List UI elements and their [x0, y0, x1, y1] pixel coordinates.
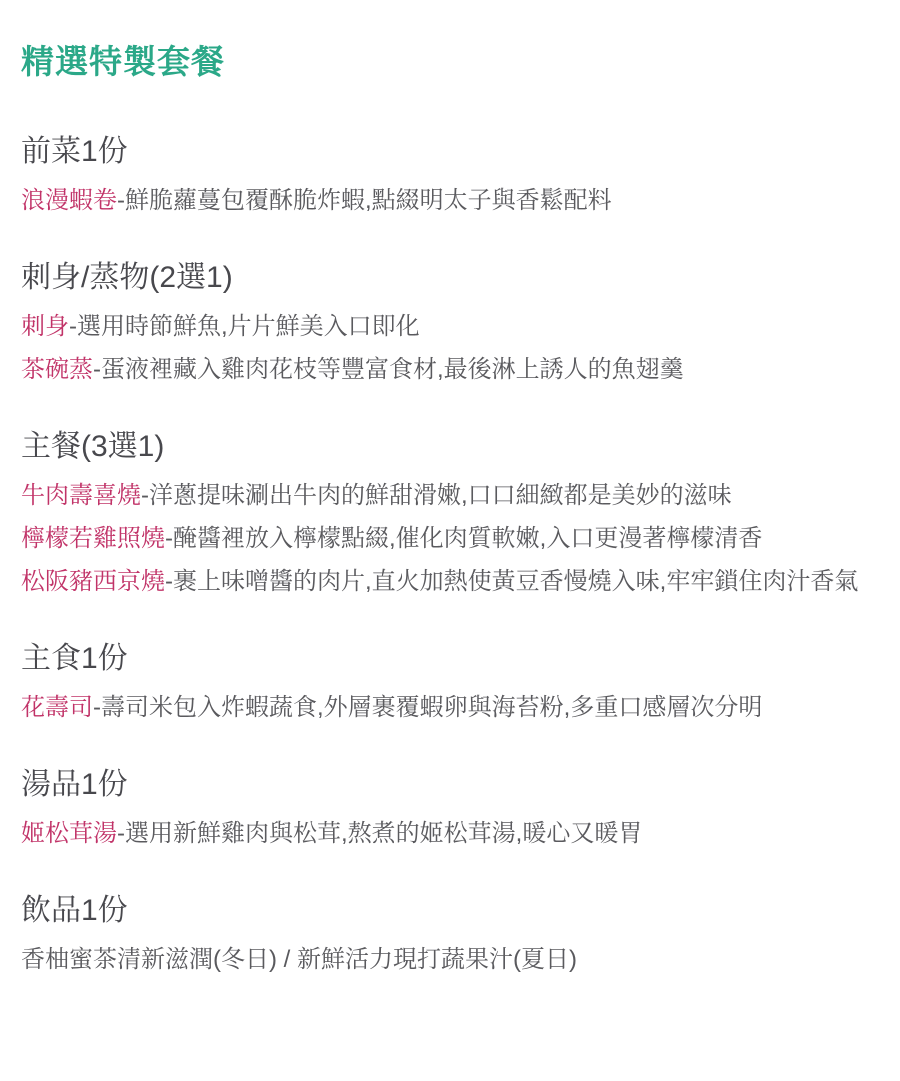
dish-description: -壽司米包入炸蝦蔬食,外層裹覆蝦卵與海苔粉,多重口感層次分明 — [93, 694, 762, 721]
page-title: 精選特製套餐 — [21, 40, 880, 83]
section-items: 花壽司-壽司米包入炸蝦蔬食,外層裹覆蝦卵與海苔粉,多重口感層次分明 — [21, 686, 880, 729]
section-heading: 前菜1份 — [21, 132, 880, 172]
menu-section: 主食1份 花壽司-壽司米包入炸蝦蔬食,外層裹覆蝦卵與海苔粉,多重口感層次分明 — [21, 639, 880, 729]
dish-description: -蛋液裡藏入雞肉花枝等豐富食材,最後淋上誘人的魚翅羹 — [93, 356, 684, 383]
dish-name: 浪漫蝦卷 — [21, 187, 117, 214]
menu-section: 湯品1份 姬松茸湯-選用新鮮雞肉與松茸,熬煮的姬松茸湯,暖心又暖胃 — [21, 765, 880, 855]
menu-item: 浪漫蝦卷-鮮脆蘿蔓包覆酥脆炸蝦,點綴明太子與香鬆配料 — [21, 179, 880, 222]
dish-name: 花壽司 — [21, 694, 93, 721]
dish-description: -裹上味噌醬的肉片,直火加熱使黃豆香慢燒入味,牢牢鎖住肉汁香氣 — [165, 568, 858, 595]
dish-name: 茶碗蒸 — [21, 356, 93, 383]
menu-item: 松阪豬西京燒-裹上味噌醬的肉片,直火加熱使黃豆香慢燒入味,牢牢鎖住肉汁香氣 — [21, 560, 880, 603]
menu-item: 香柚蜜茶清新滋潤(冬日) / 新鮮活力現打蔬果汁(夏日) — [21, 938, 880, 981]
section-heading: 主餐(3選1) — [21, 427, 880, 467]
dish-description: -醃醬裡放入檸檬點綴,催化肉質軟嫩,入口更漫著檸檬清香 — [165, 525, 762, 552]
section-items: 姬松茸湯-選用新鮮雞肉與松茸,熬煮的姬松茸湯,暖心又暖胃 — [21, 812, 880, 855]
menu-item: 花壽司-壽司米包入炸蝦蔬食,外層裹覆蝦卵與海苔粉,多重口感層次分明 — [21, 686, 880, 729]
menu-item: 檸檬若雞照燒-醃醬裡放入檸檬點綴,催化肉質軟嫩,入口更漫著檸檬清香 — [21, 517, 880, 560]
section-heading: 主食1份 — [21, 639, 880, 679]
section-heading: 飲品1份 — [21, 891, 880, 931]
dish-description: -選用新鮮雞肉與松茸,熬煮的姬松茸湯,暖心又暖胃 — [117, 820, 642, 847]
dish-description: -洋蔥提味涮出牛肉的鮮甜滑嫩,口口細緻都是美妙的滋味 — [141, 482, 732, 509]
menu-item: 牛肉壽喜燒-洋蔥提味涮出牛肉的鮮甜滑嫩,口口細緻都是美妙的滋味 — [21, 474, 880, 517]
dish-name: 刺身 — [21, 313, 69, 340]
menu-item: 刺身-選用時節鮮魚,片片鮮美入口即化 — [21, 305, 880, 348]
dish-description: -鮮脆蘿蔓包覆酥脆炸蝦,點綴明太子與香鬆配料 — [117, 187, 612, 214]
menu-item: 茶碗蒸-蛋液裡藏入雞肉花枝等豐富食材,最後淋上誘人的魚翅羹 — [21, 348, 880, 391]
menu-sections: 前菜1份 浪漫蝦卷-鮮脆蘿蔓包覆酥脆炸蝦,點綴明太子與香鬆配料 刺身/蒸物(2選… — [21, 132, 880, 981]
section-items: 香柚蜜茶清新滋潤(冬日) / 新鮮活力現打蔬果汁(夏日) — [21, 938, 880, 981]
menu-page: 精選特製套餐 前菜1份 浪漫蝦卷-鮮脆蘿蔓包覆酥脆炸蝦,點綴明太子與香鬆配料 刺… — [0, 0, 900, 1081]
dish-name: 檸檬若雞照燒 — [21, 525, 165, 552]
menu-item: 姬松茸湯-選用新鮮雞肉與松茸,熬煮的姬松茸湯,暖心又暖胃 — [21, 812, 880, 855]
section-heading: 刺身/蒸物(2選1) — [21, 258, 880, 298]
section-heading: 湯品1份 — [21, 765, 880, 805]
dish-name: 姬松茸湯 — [21, 820, 117, 847]
dish-description: 香柚蜜茶清新滋潤(冬日) / 新鮮活力現打蔬果汁(夏日) — [21, 946, 577, 973]
dish-name: 松阪豬西京燒 — [21, 568, 165, 595]
dish-description: -選用時節鮮魚,片片鮮美入口即化 — [69, 313, 420, 340]
section-items: 牛肉壽喜燒-洋蔥提味涮出牛肉的鮮甜滑嫩,口口細緻都是美妙的滋味 檸檬若雞照燒-醃… — [21, 474, 880, 603]
section-items: 浪漫蝦卷-鮮脆蘿蔓包覆酥脆炸蝦,點綴明太子與香鬆配料 — [21, 179, 880, 222]
menu-section: 飲品1份 香柚蜜茶清新滋潤(冬日) / 新鮮活力現打蔬果汁(夏日) — [21, 891, 880, 981]
menu-section: 刺身/蒸物(2選1) 刺身-選用時節鮮魚,片片鮮美入口即化 茶碗蒸-蛋液裡藏入雞… — [21, 258, 880, 391]
dish-name: 牛肉壽喜燒 — [21, 482, 141, 509]
menu-section: 前菜1份 浪漫蝦卷-鮮脆蘿蔓包覆酥脆炸蝦,點綴明太子與香鬆配料 — [21, 132, 880, 222]
section-items: 刺身-選用時節鮮魚,片片鮮美入口即化 茶碗蒸-蛋液裡藏入雞肉花枝等豐富食材,最後… — [21, 305, 880, 391]
menu-section: 主餐(3選1) 牛肉壽喜燒-洋蔥提味涮出牛肉的鮮甜滑嫩,口口細緻都是美妙的滋味 … — [21, 427, 880, 603]
